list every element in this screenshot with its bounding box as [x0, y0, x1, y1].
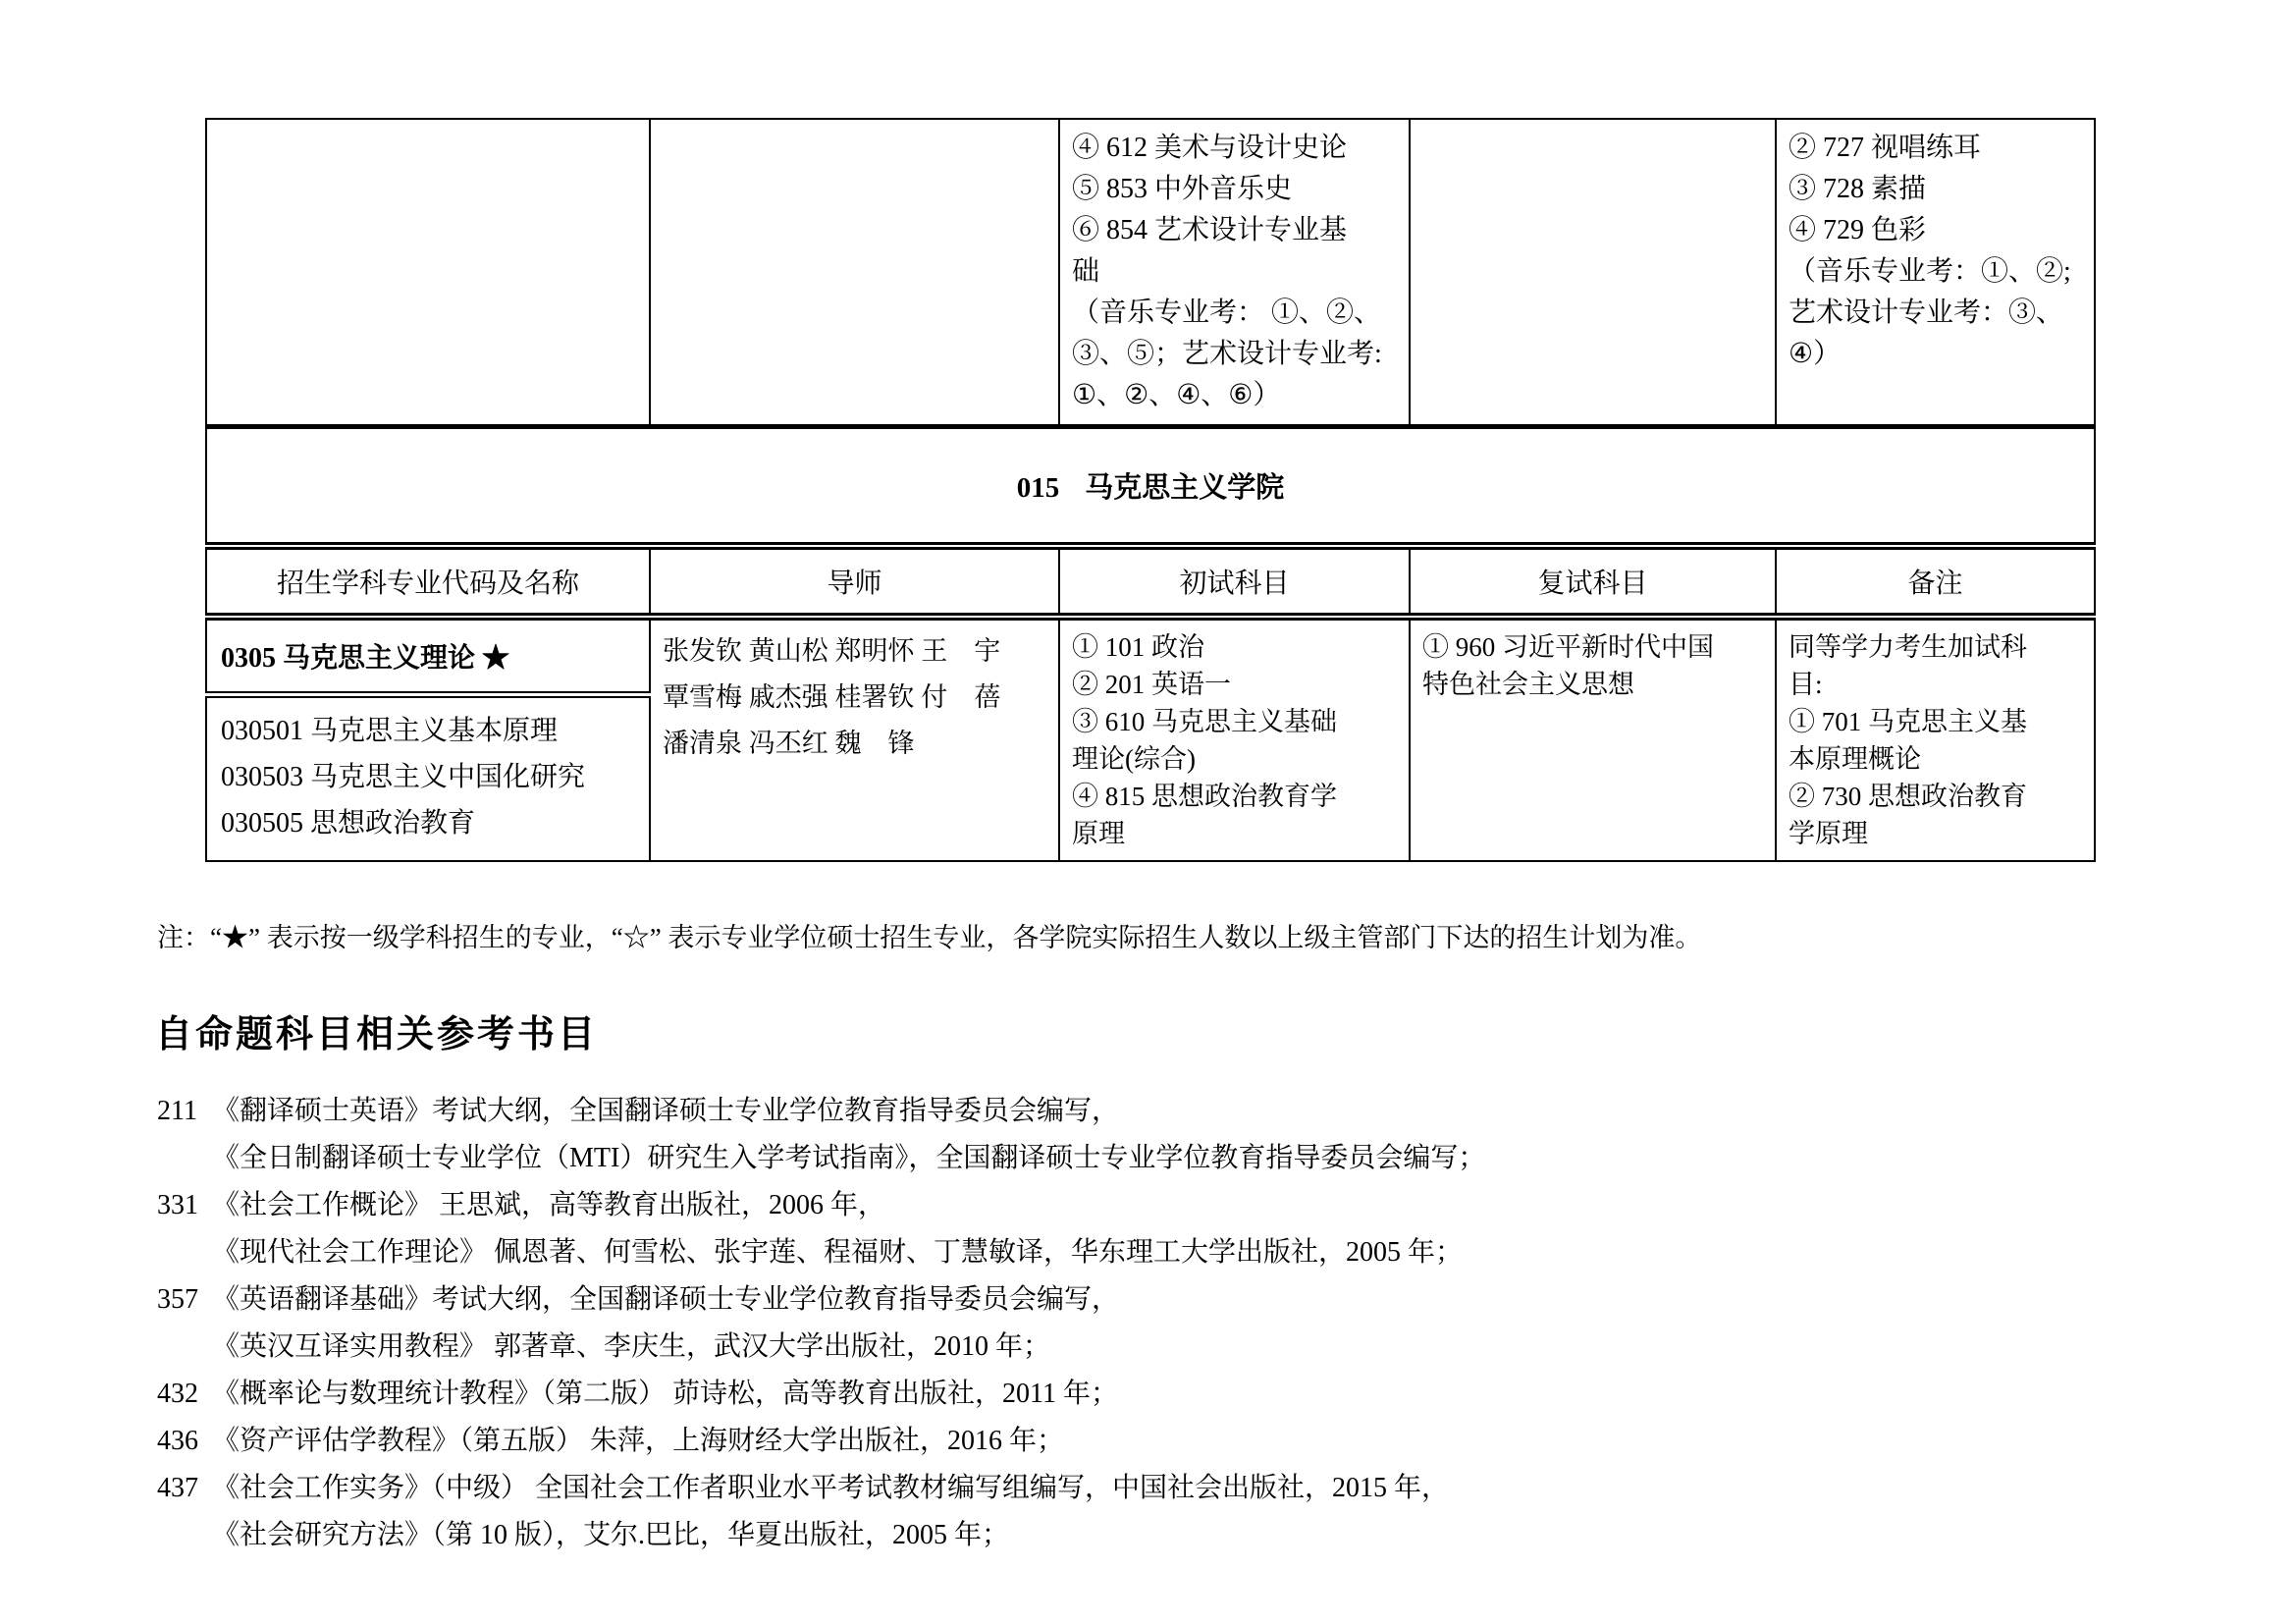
continuation-table: ④ 612 美术与设计史论 ⑤ 853 中外音乐史 ⑥ 854 艺术设计专业基 … — [205, 118, 2096, 427]
table-row: ④ 612 美术与设计史论 ⑤ 853 中外音乐史 ⑥ 854 艺术设计专业基 … — [206, 119, 2095, 426]
entry-number: 437 — [157, 1465, 212, 1512]
entry-text: 《社会工作概论》 王思斌，高等教育出版社，2006 年， 《现代社会工作理论》 … — [212, 1182, 1463, 1276]
tables-region: ④ 612 美术与设计史论 ⑤ 853 中外音乐史 ⑥ 854 艺术设计专业基 … — [205, 118, 2094, 862]
entry-number: 331 — [157, 1182, 212, 1229]
entry-text: 《翻译硕士英语》考试大纲，全国翻译硕士专业学位教育指导委员会编写， 《全日制翻译… — [212, 1088, 1485, 1182]
admissions-table: 015马克思主义学院 招生学科专业代码及名称 导师 初试科目 复试科目 备注 0… — [205, 427, 2096, 862]
entry-text: 《资产评估学教程》（第五版） 朱萍，上海财经大学出版社，2016 年； — [212, 1418, 1064, 1465]
section-header: 015马克思主义学院 — [206, 428, 2095, 546]
entry-text: 《概率论与数理统计教程》（第二版） 茆诗松，高等教育出版社，2011 年； — [212, 1371, 1118, 1418]
supervisors-cell: 张发钦 黄山松 郑明怀 王 宇 覃雪梅 戚杰强 桂署钦 付 蓓 潘清泉 冯丕红 … — [650, 617, 1059, 861]
column-header-program: 招生学科专业代码及名称 — [206, 546, 650, 617]
column-header-initial-exam: 初试科目 — [1059, 546, 1410, 617]
section-code: 015 — [1017, 472, 1060, 504]
column-header-row: 招生学科专业代码及名称 导师 初试科目 复试科目 备注 — [206, 546, 2095, 617]
empty-cell — [1410, 119, 1776, 426]
footnote-text: 注：“★” 表示按一级学科招生的专业，“☆” 表示专业学位硕士招生专业，各学院实… — [157, 916, 1701, 954]
bibliography-entry: 331 《社会工作概论》 王思斌，高等教育出版社，2006 年， 《现代社会工作… — [157, 1182, 2140, 1276]
entry-text: 《英语翻译基础》考试大纲，全国翻译硕士专业学位教育指导委员会编写， 《英汉互译实… — [212, 1276, 1119, 1371]
document-page: ④ 612 美术与设计史论 ⑤ 853 中外音乐史 ⑥ 854 艺术设计专业基 … — [0, 0, 2296, 1624]
bibliography-entry: 357 《英语翻译基础》考试大纲，全国翻译硕士专业学位教育指导委员会编写， 《英… — [157, 1276, 2140, 1371]
entry-number: 357 — [157, 1276, 212, 1324]
bibliography-title: 自命题科目相关参考书目 — [155, 1003, 598, 1057]
program-code-title: 0305 马克思主义理论 ★ — [206, 617, 650, 695]
entry-number: 211 — [157, 1088, 212, 1135]
column-header-remarks: 备注 — [1776, 546, 2095, 617]
entry-number: 436 — [157, 1418, 212, 1465]
entry-text: 《社会工作实务》（中级） 全国社会工作者职业水平考试教材编写组编写，中国社会出版… — [212, 1465, 1449, 1559]
column-header-retest: 复试科目 — [1410, 546, 1776, 617]
section-name: 马克思主义学院 — [1085, 472, 1284, 504]
column-header-supervisors: 导师 — [650, 546, 1059, 617]
retest-cell: ① 960 习近平新时代中国 特色社会主义思想 — [1410, 617, 1776, 861]
initial-exam-cell: ① 101 政治 ② 201 英语一 ③ 610 马克思主义基础 理论(综合) … — [1059, 617, 1410, 861]
bibliography-entry: 436 《资产评估学教程》（第五版） 朱萍，上海财经大学出版社，2016 年； — [157, 1418, 2140, 1465]
initial-exam-cell: ④ 612 美术与设计史论 ⑤ 853 中外音乐史 ⑥ 854 艺术设计专业基 … — [1059, 119, 1410, 426]
remarks-cell: 同等学力考生加试科 目: ① 701 马克思主义基 本原理概论 ② 730 思想… — [1776, 617, 2095, 861]
program-row: 0305 马克思主义理论 ★ 张发钦 黄山松 郑明怀 王 宇 覃雪梅 戚杰强 桂… — [206, 617, 2095, 695]
bibliography-entry: 437 《社会工作实务》（中级） 全国社会工作者职业水平考试教材编写组编写，中国… — [157, 1465, 2140, 1559]
bibliography-list: 211 《翻译硕士英语》考试大纲，全国翻译硕士专业学位教育指导委员会编写， 《全… — [157, 1088, 2140, 1559]
program-majors: 030501 马克思主义基本原理 030503 马克思主义中国化研究 03050… — [206, 695, 650, 861]
bibliography-entry: 211 《翻译硕士英语》考试大纲，全国翻译硕士专业学位教育指导委员会编写， 《全… — [157, 1088, 2140, 1182]
bibliography-entry: 432 《概率论与数理统计教程》（第二版） 茆诗松，高等教育出版社，2011 年… — [157, 1371, 2140, 1418]
section-header-row: 015马克思主义学院 — [206, 428, 2095, 546]
entry-number: 432 — [157, 1371, 212, 1418]
remarks-cell: ② 727 视唱练耳 ③ 728 素描 ④ 729 色彩 （音乐专业考：①、②;… — [1776, 119, 2095, 426]
empty-cell — [206, 119, 650, 426]
empty-cell — [650, 119, 1059, 426]
